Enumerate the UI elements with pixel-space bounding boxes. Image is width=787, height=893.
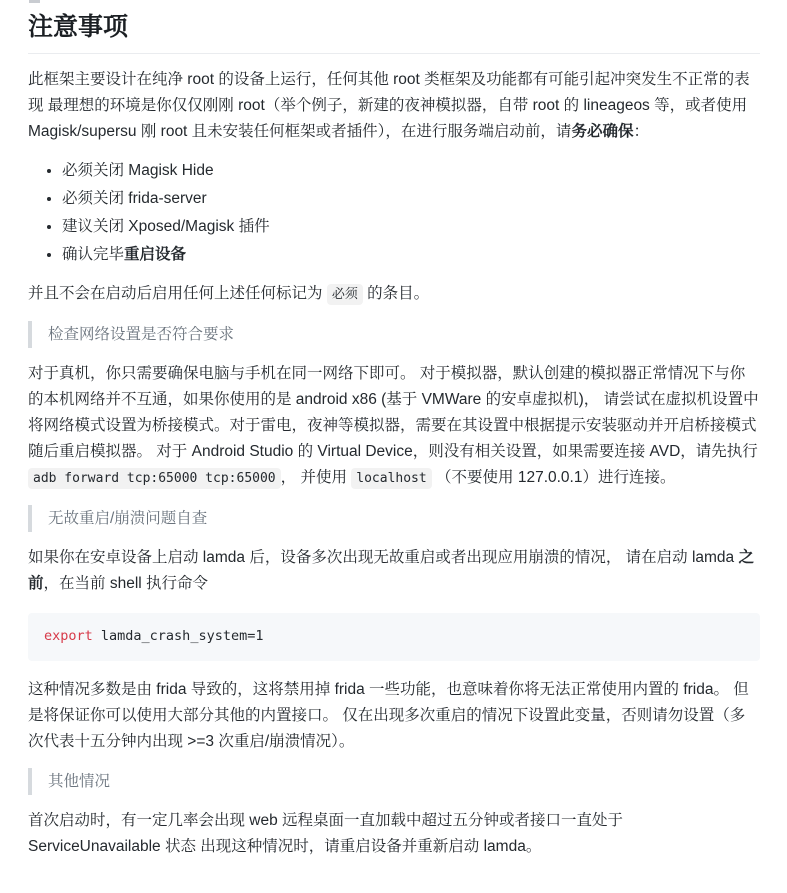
clipped-text-remnant <box>29 0 40 3</box>
blockquote-crash-selfcheck-text: 无故重启/崩溃问题自查 <box>48 506 744 531</box>
document-page: 注意事项 此框架主要设计在纯净 root 的设备上运行，任何其他 root 类框… <box>0 0 787 893</box>
checklist-item-reboot-device: 确认完毕重启设备 <box>62 242 760 268</box>
shell-command: export lamda_crash_system=1 <box>44 628 263 644</box>
blockquote-network-check-text: 检查网络设置是否符合要求 <box>48 322 744 347</box>
checklist-item-xposed-plugins: 建议关闭 Xposed/Magisk 插件 <box>62 214 760 240</box>
intro-paragraph: 此框架主要设计在纯净 root 的设备上运行，任何其他 root 类框架及功能都… <box>28 67 760 145</box>
precaution-checklist: 必须关闭 Magisk Hide 必须关闭 frida-server 建议关闭 … <box>28 158 760 268</box>
checklist-item-frida-server: 必须关闭 frida-server <box>62 186 760 212</box>
frida-paragraph: 这种情况多数是由 frida 导致的，这将禁用掉 frida 一些功能，也意味着… <box>28 677 760 755</box>
blockquote-other-cases-text: 其他情况 <box>48 769 744 794</box>
network-paragraph: 对于真机，你只需要确保电脑与手机在同一网络下即可。 对于模拟器，默认创建的模拟器… <box>28 361 760 492</box>
note-paragraph: 并且不会在启动后启用任何上述任何标记为 必须 的条目。 <box>28 281 760 308</box>
first-boot-paragraph: 首次启动时，有一定几率会出现 web 远程桌面一直加载中超过五分钟或者接口一直处… <box>28 808 760 860</box>
shell-code-block: export lamda_crash_system=1 <box>28 613 760 661</box>
blockquote-other-cases: 其他情况 <box>28 768 760 795</box>
checklist-item-magisk-hide: 必须关闭 Magisk Hide <box>62 158 760 184</box>
blockquote-network-check: 检查网络设置是否符合要求 <box>28 321 760 348</box>
crash-paragraph: 如果你在安卓设备上启动 lamda 后，设备多次出现无故重启或者出现应用崩溃的情… <box>28 545 760 597</box>
page-title: 注意事项 <box>28 12 760 54</box>
blockquote-crash-selfcheck: 无故重启/崩溃问题自查 <box>28 505 760 532</box>
